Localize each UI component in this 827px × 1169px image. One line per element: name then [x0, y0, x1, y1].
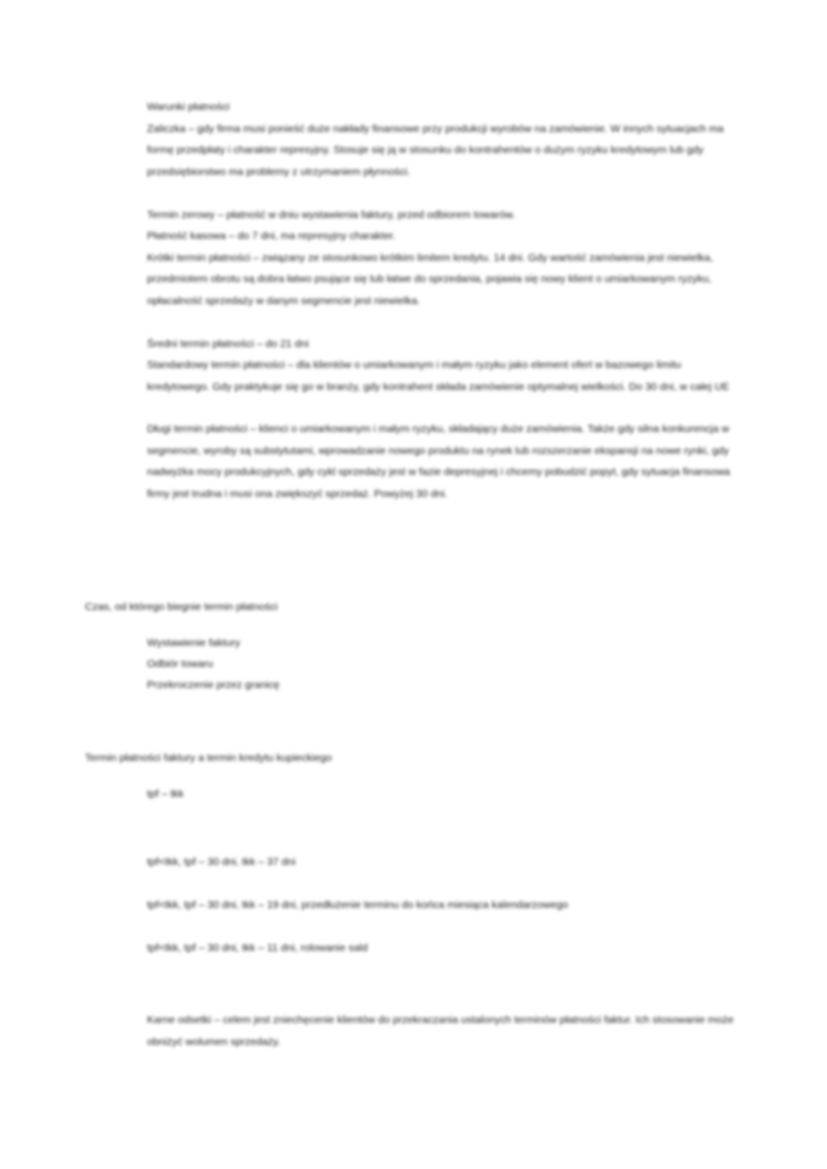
example-line: tpf<tkk, tpf – 30 dni, tkk – 19 dni, prz…: [147, 895, 568, 916]
paragraph-medium-term: Średni termin płatności – do 21 dni: [147, 334, 737, 356]
section-heading: Warunki płatności: [147, 97, 737, 119]
example-line: tpf<tkk, tpf – 30 dni, tkk – 11 dni, rol…: [147, 938, 368, 959]
formula: tpf – tkk: [147, 784, 184, 805]
paragraph-advance: Zaliczka – gdy firma musi ponieść duże n…: [147, 119, 737, 205]
paragraph-long-term: Długi termin płatności – klienci o umiar…: [147, 419, 737, 505]
paragraph-cash-payment: Płatność kasowa – do 7 dni, ma represyjn…: [147, 226, 737, 248]
paragraph-zero-term: Termin zerowy – płatność w dniu wystawie…: [147, 205, 737, 227]
list-item: Wystawienie faktury: [147, 633, 240, 654]
list-item: Odbiór towaru: [147, 654, 213, 675]
example-line: tpf<tkk, tpf – 30 dni, tkk – 37 dni: [147, 852, 296, 873]
payment-terms-section: Warunki płatności Zaliczka – gdy firma m…: [147, 97, 737, 505]
paragraph-standard-term: Standardowy termin płatności – dla klien…: [147, 355, 737, 419]
list-item: Przekroczenie przez granicę: [147, 675, 279, 696]
section-heading: Termin płatności faktury a termin kredyt…: [85, 748, 332, 769]
document-page: Warunki płatności Zaliczka – gdy firma m…: [0, 0, 827, 1169]
paragraph-short-term: Krótki termin płatności – związany ze st…: [147, 248, 737, 334]
closing-paragraph: Karne odsetki – celem jest zniechęcenie …: [147, 1010, 737, 1053]
section-heading: Czas, od którego biegnie termin płatnośc…: [85, 597, 278, 618]
